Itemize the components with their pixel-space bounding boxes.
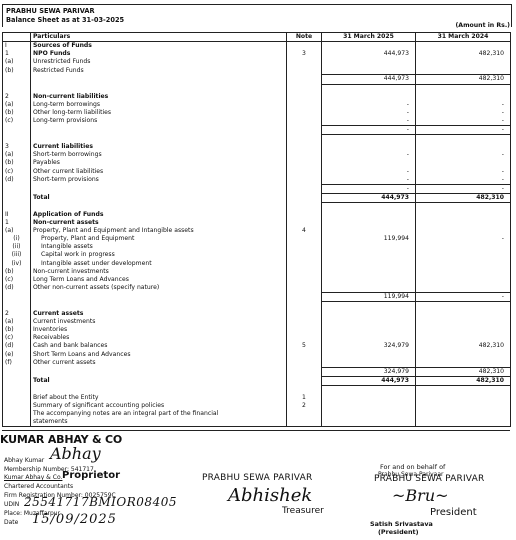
current-year-value: 444,973 (322, 75, 416, 84)
row-label: Inventories (31, 326, 287, 334)
current-year-value (322, 310, 416, 318)
table-row: (i)Property, Plant and Equipment119,994- (3, 235, 511, 243)
current-year-value (322, 326, 416, 334)
previous-year-value (416, 243, 511, 251)
row-note (287, 168, 322, 176)
row-ref: 1 (3, 50, 31, 58)
row-ref (3, 135, 31, 144)
date-label: Date (4, 519, 18, 526)
row-ref: (a) (3, 227, 31, 235)
row-ref: 1 (3, 219, 31, 227)
table-row: Summary of significant accounting polici… (3, 402, 511, 410)
table-row: 2Non-current liabilities (3, 93, 511, 101)
previous-year-value (416, 227, 511, 235)
row-ref (3, 292, 31, 301)
row-note (287, 151, 322, 159)
table-row: (a)Current investments (3, 318, 511, 326)
previous-year-value: - (416, 168, 511, 176)
row-ref: 3 (3, 143, 31, 151)
previous-year-value: - (416, 292, 511, 301)
row-note: 1 (287, 394, 322, 402)
row-label: The accompanying notes are an integral p… (31, 410, 287, 418)
table-row: (c)Long Term Loans and Advances (3, 276, 511, 284)
previous-year-value (416, 394, 511, 402)
qualification: Chartered Accountants (4, 483, 73, 490)
row-label: Long-term borrowings (31, 101, 287, 109)
row-ref: (d) (3, 176, 31, 185)
current-year-value (322, 66, 416, 75)
row-note (287, 126, 322, 135)
row-ref: I (3, 42, 31, 51)
table-row: (d)Short-term provisions-- (3, 176, 511, 185)
subtotal-row: -- (3, 126, 511, 135)
table-row: (a)Long-term borrowings-- (3, 101, 511, 109)
current-year-value (322, 318, 416, 326)
current-year-value (322, 135, 416, 144)
row-note (287, 176, 322, 185)
table-row: (ii)Intangible assets (3, 243, 511, 251)
row-note (287, 219, 322, 227)
current-year-value (322, 394, 416, 402)
previous-year-value: 482,310 (416, 376, 511, 385)
current-year-value (322, 84, 416, 93)
udin-label: UDIN (4, 501, 19, 508)
row-ref: (a) (3, 318, 31, 326)
current-year-value (322, 260, 416, 268)
table-row: The accompanying notes are an integral p… (3, 410, 511, 418)
table-row: (a)Unrestricted Funds (3, 58, 511, 66)
current-year-value (322, 359, 416, 368)
previous-year-value: - (416, 235, 511, 243)
row-note (287, 93, 322, 101)
row-note (287, 42, 322, 51)
previous-year-value: 482,310 (416, 50, 511, 58)
current-year-value (322, 351, 416, 359)
current-year-value (322, 418, 416, 427)
row-ref: (c) (3, 168, 31, 176)
row-ref (3, 418, 31, 427)
previous-year-value (416, 310, 511, 318)
row-ref: (b) (3, 268, 31, 276)
president-signature: ~Bru~ (392, 486, 449, 505)
document-title: Balance Sheet as at 31-03-2025 (6, 16, 124, 24)
table-row: (c)Other current liabilities-- (3, 168, 511, 176)
previous-year-value (416, 410, 511, 418)
auditor-signature: Abhay (50, 444, 101, 463)
row-label: Restricted Funds (31, 66, 287, 75)
current-year-value (322, 159, 416, 167)
row-ref: (b) (3, 159, 31, 167)
row-label: Intangible assets (31, 243, 287, 251)
previous-year-value: - (416, 151, 511, 159)
particulars-header: Particulars (31, 33, 287, 42)
table-row: (a)Short-term borrowings-- (3, 151, 511, 159)
row-label: Total (31, 193, 287, 202)
row-label: Brief about the Entity (31, 394, 287, 402)
row-label: Intangible asset under development (31, 260, 287, 268)
table-row: 1Non-current assets (3, 219, 511, 227)
row-ref (3, 302, 31, 311)
current-year-value: 444,973 (322, 50, 416, 58)
previous-year-value (416, 326, 511, 334)
row-label: Cash and bank balances (31, 342, 287, 350)
signature-block: KUMAR ABHAY & CO Abhay Kumar Abhay Membe… (0, 430, 516, 540)
row-ref: (a) (3, 58, 31, 66)
row-ref: (f) (3, 359, 31, 368)
row-ref: (a) (3, 101, 31, 109)
table-row: (d)Cash and bank balances5324,979482,310 (3, 342, 511, 350)
row-label (31, 135, 287, 144)
previous-year-value: - (416, 176, 511, 185)
previous-year-value: - (416, 101, 511, 109)
row-ref: (ii) (3, 243, 31, 251)
row-label (31, 202, 287, 211)
row-label (31, 126, 287, 135)
previous-year-value (416, 211, 511, 219)
row-label: Total (31, 376, 287, 385)
row-ref (3, 75, 31, 84)
row-label (31, 367, 287, 376)
note-header: Note (287, 33, 322, 42)
row-note (287, 143, 322, 151)
table-row: (b)Payables (3, 159, 511, 167)
current-year-value (322, 302, 416, 311)
row-label (31, 292, 287, 301)
row-label (31, 385, 287, 394)
row-label: NPO Funds (31, 50, 287, 58)
table-row: (d)Other non-current assets (specify nat… (3, 284, 511, 293)
auditor-name: Abhay Kumar (4, 457, 44, 464)
row-note (287, 135, 322, 144)
row-label (31, 302, 287, 311)
row-note: 5 (287, 342, 322, 350)
row-label: Capital work in progress (31, 251, 287, 259)
row-ref: (i) (3, 235, 31, 243)
ref-header (3, 33, 31, 42)
table-row: statements (3, 418, 511, 427)
table-row (3, 202, 511, 211)
row-ref: (e) (3, 351, 31, 359)
current-year-value (322, 284, 416, 293)
row-ref (3, 367, 31, 376)
auditor-firm-line: Kumar Abhay & Co. (4, 474, 62, 481)
row-note (287, 351, 322, 359)
president-stamp-org: PRABHU SEWA PARIVAR (374, 474, 484, 484)
row-label: Summary of significant accounting polici… (31, 402, 287, 410)
table-row: (f)Other current assets (3, 359, 511, 368)
row-note (287, 302, 322, 311)
row-ref: (b) (3, 109, 31, 117)
behalf-text: For and on behalf of (380, 463, 445, 471)
row-label: Application of Funds (31, 211, 287, 219)
row-label: Property, Plant and Equipment (31, 235, 287, 243)
current-year-value: - (322, 126, 416, 135)
row-label: Short-term borrowings (31, 151, 287, 159)
previous-year-value (416, 84, 511, 93)
row-note: 4 (287, 227, 322, 235)
subtotal-row: 444,973482,310 (3, 75, 511, 84)
row-label: Other non-current assets (specify nature… (31, 284, 287, 293)
current-year-value: - (322, 109, 416, 117)
row-note (287, 235, 322, 243)
row-label: Other current liabilities (31, 168, 287, 176)
row-ref: 2 (3, 310, 31, 318)
previous-year-value (416, 318, 511, 326)
row-label (31, 184, 287, 193)
current-year-value (322, 385, 416, 394)
subtotal-row: 324,979482,310 (3, 367, 511, 376)
row-label: Short-term provisions (31, 176, 287, 185)
current-year-value (322, 42, 416, 51)
previous-year-value (416, 135, 511, 144)
row-ref (3, 402, 31, 410)
previous-year-value: - (416, 109, 511, 117)
current-year-value: 444,973 (322, 193, 416, 202)
current-year-value: 324,979 (322, 342, 416, 350)
previous-year-value: - (416, 117, 511, 126)
current-year-value: - (322, 168, 416, 176)
table-row (3, 385, 511, 394)
current-year-value: - (322, 151, 416, 159)
row-label: Other current assets (31, 359, 287, 368)
row-label: Other long-term liabilities (31, 109, 287, 117)
row-note (287, 276, 322, 284)
treasurer-signature: Abhishek (228, 485, 312, 506)
row-note (287, 260, 322, 268)
row-ref: (c) (3, 117, 31, 126)
current-year-value (322, 402, 416, 410)
current-year-value (322, 202, 416, 211)
row-ref (3, 376, 31, 385)
table-row: (c)Long-term provisions-- (3, 117, 511, 126)
previous-year-value (416, 385, 511, 394)
previous-year-value: - (416, 126, 511, 135)
table-row (3, 302, 511, 311)
previous-year-value (416, 143, 511, 151)
total-row: Total444,973482,310 (3, 193, 511, 202)
table-row: (iii)Capital work in progress (3, 251, 511, 259)
row-label: Non-current liabilities (31, 93, 287, 101)
previous-year-value (416, 418, 511, 427)
table-row: 2Current assets (3, 310, 511, 318)
table-row: Brief about the Entity1 (3, 394, 511, 402)
previous-year-value (416, 251, 511, 259)
row-note (287, 251, 322, 259)
president-name: Satish Srivastava (370, 520, 433, 528)
row-ref (3, 193, 31, 202)
current-year-value: - (322, 117, 416, 126)
table-row: (iv)Intangible asset under development (3, 260, 511, 268)
row-ref: (b) (3, 66, 31, 75)
row-note: 2 (287, 402, 322, 410)
row-label: Current investments (31, 318, 287, 326)
current-year-value: - (322, 184, 416, 193)
row-note (287, 159, 322, 167)
previous-year-value (416, 260, 511, 268)
row-note (287, 268, 322, 276)
previous-year-value: 482,310 (416, 193, 511, 202)
current-year-value (322, 219, 416, 227)
previous-year-value: 482,310 (416, 75, 511, 84)
table-row: (b)Non-current investments (3, 268, 511, 276)
current-year-value (322, 276, 416, 284)
row-label: Short Term Loans and Advances (31, 351, 287, 359)
table-row (3, 84, 511, 93)
subtotal-row: -- (3, 184, 511, 193)
previous-year-value (416, 42, 511, 51)
row-note (287, 243, 322, 251)
row-label: Receivables (31, 334, 287, 342)
table-row: (e)Short Term Loans and Advances (3, 351, 511, 359)
row-ref: II (3, 211, 31, 219)
row-note (287, 292, 322, 301)
row-ref (3, 202, 31, 211)
row-note (287, 359, 322, 368)
table-row: (b)Inventories (3, 326, 511, 334)
table-header-row: Particulars Note 31 March 2025 31 March … (3, 33, 511, 42)
row-note (287, 410, 322, 418)
table-row: (b)Other long-term liabilities-- (3, 109, 511, 117)
row-label (31, 84, 287, 93)
previous-year-value (416, 351, 511, 359)
row-label: Unrestricted Funds (31, 58, 287, 66)
previous-year-value (416, 402, 511, 410)
previous-year-value (416, 219, 511, 227)
row-label (31, 75, 287, 84)
current-year-value: - (322, 176, 416, 185)
table-row: 3Current liabilities (3, 143, 511, 151)
row-label: Current assets (31, 310, 287, 318)
row-note (287, 385, 322, 394)
org-name: PRABHU SEWA PARIVAR (6, 7, 95, 15)
row-ref: (d) (3, 284, 31, 293)
row-note (287, 376, 322, 385)
row-ref: (a) (3, 151, 31, 159)
row-note (287, 367, 322, 376)
row-ref: (d) (3, 342, 31, 350)
current-year-value (322, 251, 416, 259)
row-note (287, 58, 322, 66)
previous-year-value (416, 58, 511, 66)
previous-year-header: 31 March 2024 (416, 33, 511, 42)
current-year-value: 324,979 (322, 367, 416, 376)
table-row: (a)Property, Plant and Equipment and Int… (3, 227, 511, 235)
previous-year-value (416, 276, 511, 284)
row-note (287, 66, 322, 75)
current-year-value: 119,994 (322, 292, 416, 301)
row-ref (3, 84, 31, 93)
previous-year-value (416, 284, 511, 293)
previous-year-value (416, 302, 511, 311)
current-year-value (322, 58, 416, 66)
row-note (287, 326, 322, 334)
current-year-value: 444,973 (322, 376, 416, 385)
current-year-value (322, 143, 416, 151)
table-row: (b)Restricted Funds (3, 66, 511, 75)
row-ref (3, 385, 31, 394)
current-year-value (322, 211, 416, 219)
previous-year-value (416, 159, 511, 167)
current-year-value (322, 410, 416, 418)
current-year-value (322, 93, 416, 101)
previous-year-value: 482,310 (416, 367, 511, 376)
row-label: Payables (31, 159, 287, 167)
proprietor-stamp: Proprietor (62, 470, 120, 481)
previous-year-value (416, 93, 511, 101)
current-year-value: - (322, 101, 416, 109)
row-ref (3, 394, 31, 402)
table-row: (c)Receivables (3, 334, 511, 342)
amount-unit: (Amount in Rs.) (455, 22, 510, 29)
row-note (287, 211, 322, 219)
document-header: PRABHU SEWA PARIVAR Balance Sheet as at … (2, 4, 512, 27)
row-note: 3 (287, 50, 322, 58)
udin-value: 25541717BMIOR08405 (24, 495, 177, 509)
row-note (287, 117, 322, 126)
row-label: Property, Plant and Equipment and Intang… (31, 227, 287, 235)
row-ref (3, 126, 31, 135)
previous-year-value (416, 66, 511, 75)
treasurer-title: Treasurer (282, 506, 324, 516)
row-label: Non-current assets (31, 219, 287, 227)
row-note (287, 84, 322, 93)
previous-year-value (416, 359, 511, 368)
balance-sheet-table: Particulars Note 31 March 2025 31 March … (2, 32, 510, 427)
row-note (287, 418, 322, 427)
row-note (287, 310, 322, 318)
row-ref: 2 (3, 93, 31, 101)
row-ref: (iv) (3, 260, 31, 268)
table-row: IIApplication of Funds (3, 211, 511, 219)
previous-year-value (416, 334, 511, 342)
row-ref (3, 184, 31, 193)
current-year-value (322, 243, 416, 251)
current-year-value (322, 334, 416, 342)
row-label: Long-term provisions (31, 117, 287, 126)
row-note (287, 284, 322, 293)
row-label: statements (31, 418, 287, 427)
row-note (287, 202, 322, 211)
table-row: 1NPO Funds3444,973482,310 (3, 50, 511, 58)
previous-year-value (416, 202, 511, 211)
current-year-value: 119,994 (322, 235, 416, 243)
row-note (287, 193, 322, 202)
row-label: Sources of Funds (31, 42, 287, 51)
table-row (3, 135, 511, 144)
row-ref: (c) (3, 334, 31, 342)
current-year-header: 31 March 2025 (322, 33, 416, 42)
row-ref: (b) (3, 326, 31, 334)
row-ref (3, 410, 31, 418)
president-role: (President) (378, 528, 419, 536)
row-ref: (iii) (3, 251, 31, 259)
previous-year-value: - (416, 184, 511, 193)
previous-year-value: 482,310 (416, 342, 511, 350)
row-note (287, 101, 322, 109)
current-year-value (322, 268, 416, 276)
row-label: Non-current investments (31, 268, 287, 276)
date-value: 15/09/2025 (32, 512, 117, 527)
table-row: ISources of Funds (3, 42, 511, 51)
row-note (287, 334, 322, 342)
row-note (287, 75, 322, 84)
row-label: Long Term Loans and Advances (31, 276, 287, 284)
subtotal-row: 119,994- (3, 292, 511, 301)
row-note (287, 318, 322, 326)
president-title: President (430, 507, 477, 518)
row-note (287, 109, 322, 117)
current-year-value (322, 227, 416, 235)
